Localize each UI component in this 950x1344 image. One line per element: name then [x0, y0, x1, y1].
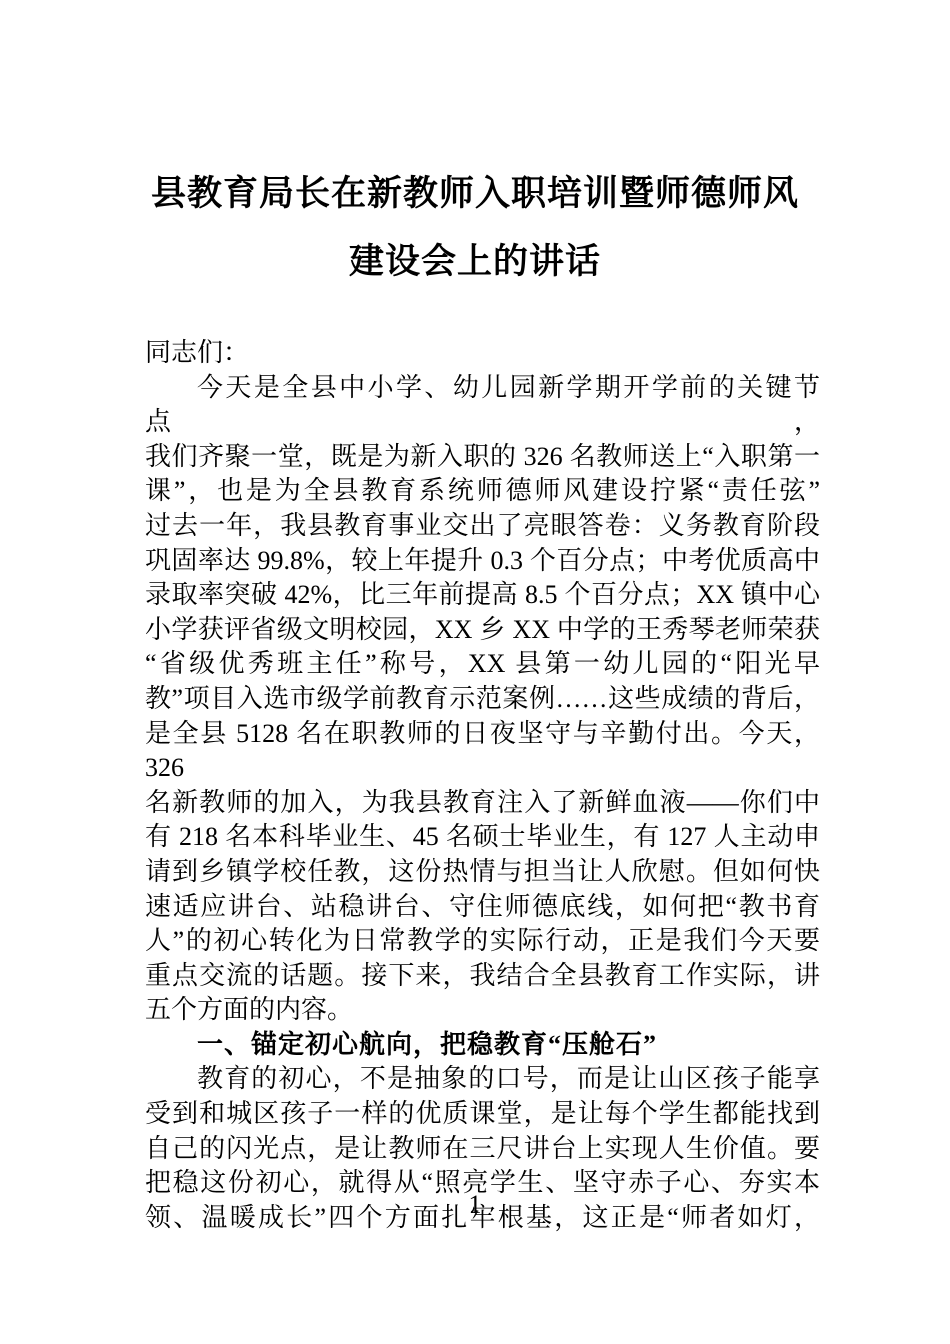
body-line: 教育的初心，不是抽象的口号，而是让山区孩子能享	[145, 1062, 820, 1097]
body-line: 自己的闪光点，是让教师在三尺讲台上实现人生价值。要	[145, 1132, 820, 1167]
body-line: “省级优秀班主任”称号，XX 县第一幼儿园的“阳光早	[145, 647, 820, 682]
page-number: 1	[0, 1186, 950, 1223]
body-line: 录取率突破 42%，比三年前提高 8.5 个百分点；XX 镇中心	[145, 578, 820, 613]
body-line: 请到乡镇学校任教，这份热情与担当让人欣慰。但如何快	[145, 855, 820, 890]
body-line: 有 218 名本科毕业生、45 名硕士毕业生，有 127 人主动申	[145, 820, 820, 855]
document-title-line-2: 建设会上的讲话	[0, 228, 950, 296]
body-line: 五个方面的内容。	[145, 993, 820, 1028]
body-line: 人”的初心转化为日常教学的实际行动，正是我们今天要	[145, 924, 820, 959]
body-line: 我们齐聚一堂，既是为新入职的 326 名教师送上“入职第一	[145, 440, 820, 475]
body-line: 今天是全县中小学、幼儿园新学期开学前的关键节点，	[145, 371, 820, 440]
document-page: 县教育局长在新教师入职培训暨师德师风 建设会上的讲话 同志们：今天是全县中小学、…	[0, 0, 950, 1344]
document-title: 县教育局长在新教师入职培训暨师德师风 建设会上的讲话	[0, 160, 950, 296]
body-line: 是全县 5128 名在职教师的日夜坚守与辛勤付出。今天，326	[145, 717, 820, 786]
body-line: 过去一年，我县教育事业交出了亮眼答卷：义务教育阶段	[145, 509, 820, 544]
body-line: 速适应讲台、站稳讲台、守住师德底线，如何把“教书育	[145, 890, 820, 925]
body-line: 巩固率达 99.8%，较上年提升 0.3 个百分点；中考优质高中	[145, 544, 820, 579]
body-line: 课”，也是为全县教育系统师德师风建设拧紧“责任弦”	[145, 474, 820, 509]
document-body: 同志们：今天是全县中小学、幼儿园新学期开学前的关键节点，我们齐聚一堂，既是为新入…	[145, 336, 820, 1235]
body-line: 教”项目入选市级学前教育示范案例……这些成绩的背后，	[145, 682, 820, 717]
body-line: 名新教师的加入，为我县教育注入了新鲜血液——你们中	[145, 786, 820, 821]
body-line: 受到和城区孩子一样的优质课堂，是让每个学生都能找到	[145, 1097, 820, 1132]
document-title-line-1: 县教育局长在新教师入职培训暨师德师风	[0, 160, 950, 228]
body-line: 重点交流的话题。接下来，我结合全县教育工作实际，讲	[145, 959, 820, 994]
section-heading: 一、锚定初心航向，把稳教育“压舱石”	[145, 1028, 820, 1063]
body-line: 小学获评省级文明校园，XX 乡 XX 中学的王秀琴老师荣获	[145, 613, 820, 648]
body-line: 同志们：	[145, 336, 820, 371]
